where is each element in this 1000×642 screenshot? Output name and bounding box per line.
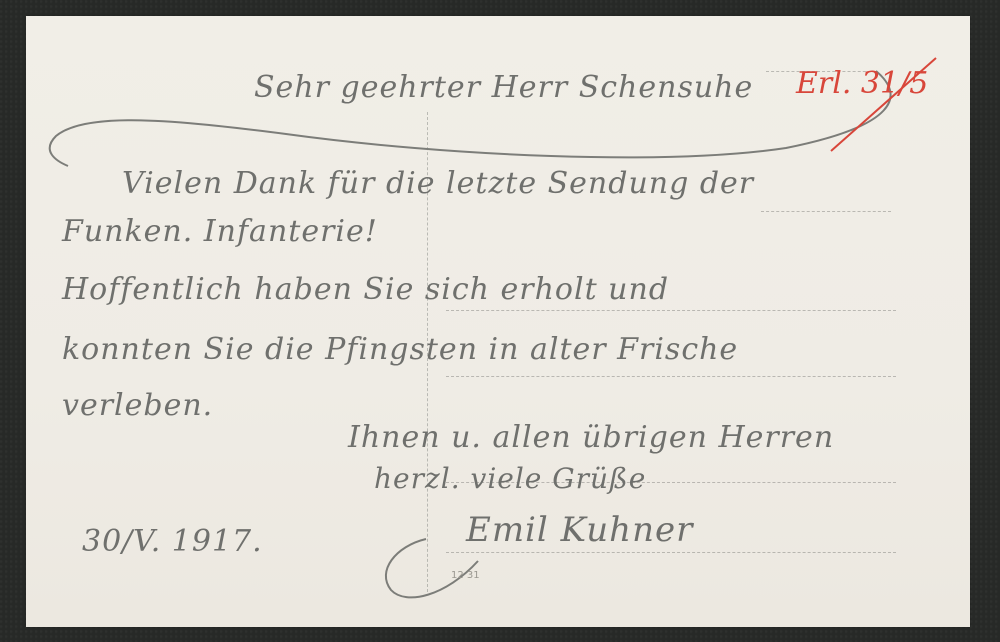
printer-mark: 12 31 xyxy=(451,570,480,581)
body-line-2: Funken. Infanterie! xyxy=(62,214,378,249)
body-line-4: konnten Sie die Pfingsten in alter Frisc… xyxy=(62,332,738,367)
red-annotation: Erl. 31/5 xyxy=(796,66,928,101)
body-line-5: verleben. xyxy=(62,388,213,423)
closing-line-1: Ihnen u. allen übrigen Herren xyxy=(348,420,834,455)
date: 30/V. 1917. xyxy=(82,524,263,559)
postcard: Sehr geehrter Herr Schensuhe Erl. 31/5 V… xyxy=(26,16,970,627)
closing-line-2: herzl. viele Grüße xyxy=(374,462,646,495)
body-line-3: Hoffentlich haben Sie sich erholt und xyxy=(62,272,669,307)
body-line-1: Vielen Dank für die letzte Sendung der xyxy=(122,166,754,201)
salutation: Sehr geehrter Herr Schensuhe xyxy=(254,70,753,105)
signature: Emil Kuhner xyxy=(466,510,693,550)
